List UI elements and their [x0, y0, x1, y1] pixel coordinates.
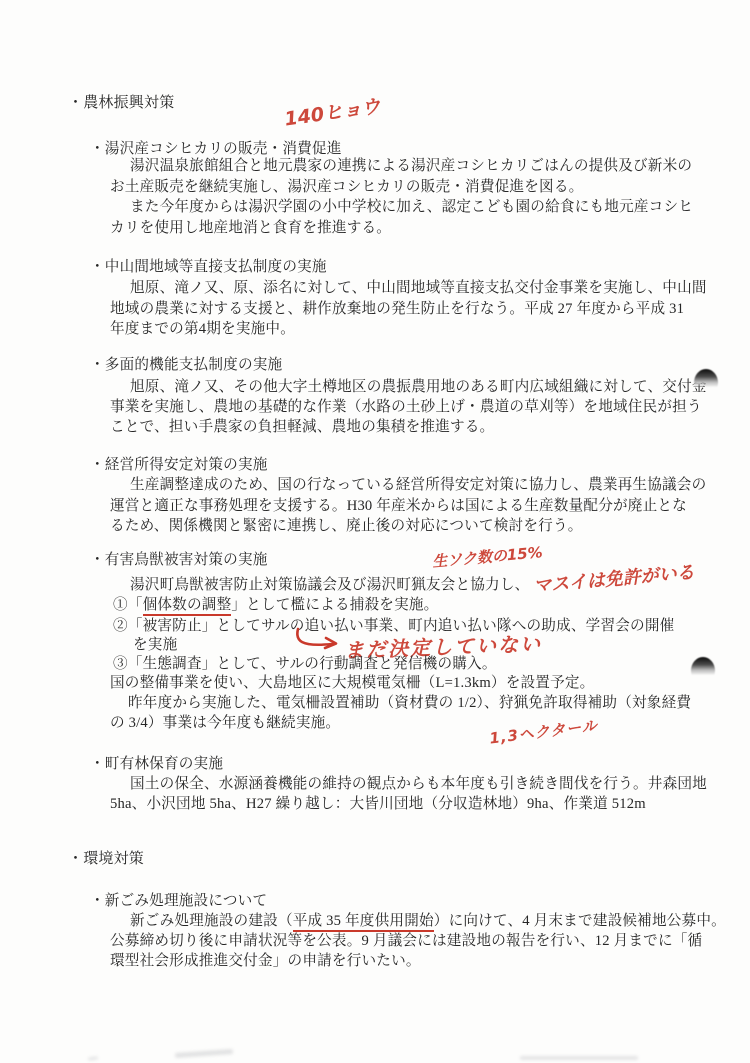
handwritten-note-1-3-hectare: 1,3ヘクタール: [488, 714, 599, 748]
body-line: 地域の農業に対する支援と、耕作放棄地の発生防止を行なう。平成 27 年度から平成…: [110, 301, 684, 317]
body-line: 湯沢町鳥獣被害防止対策協議会及び湯沢町猟友会と協力し、: [130, 577, 529, 593]
body-line: 5ha、小沢団地 5ha、H27 繰り越し：大皆川団地（分収造林地）9ha、作業…: [110, 796, 646, 812]
list-item-1-post: 」として檻による捕殺を実施。: [231, 597, 438, 613]
handwritten-note-140hyou: 140ヒョウ: [283, 91, 382, 131]
body-line: るため、関係機関と緊密に連携し、廃止後の対応について検討を行う。: [110, 518, 583, 534]
body-line: 事業を実施し、農地の基礎的な作業（水路の土砂上げ・農道の草刈等）を地域住民が担う: [110, 399, 702, 415]
scan-artifact-smudge: [520, 1056, 638, 1060]
section-heading-environment: ・環境対策: [68, 851, 144, 867]
handwritten-arrow-icon: [292, 628, 344, 654]
list-item-1-pre: ①「: [113, 597, 143, 613]
subsection-title-chusankan: ・中山間地域等直接支払制度の実施: [90, 259, 327, 275]
body-line: お土産販売を継続実施し、湯沢産コシヒカリの販売・消費促進を図る。: [110, 179, 583, 195]
scan-artifact-smudge: [88, 1056, 98, 1060]
scanned-document-page: ・農林振興対策 140ヒョウ ・湯沢産コシヒカリの販売・消費促進 湯沢温泉旅館組…: [0, 0, 750, 1063]
body-line: 国土の保全、水源涵養機能の維持の観点からも本年度も引き続き間伐を行う。井森団地: [130, 776, 707, 792]
subsection-title-chojuu: ・有害鳥獣被害対策の実施: [90, 552, 268, 568]
scan-artifact-smudge: [175, 1049, 233, 1058]
body-line: 国の整備事業を使い、大島地区に大規模電気柵（L=1.3km）を設置予定。: [110, 675, 594, 691]
body-line: 昨年度から実施した、電気柵設置補助（資材費の 1/2）、狩猟免許取得補助（対象経…: [128, 695, 691, 711]
red-underlined-phrase-kotaisu: 個体数の調整: [143, 597, 232, 616]
subsection-title-koshihikari: ・湯沢産コシヒカリの販売・消費促進: [90, 141, 342, 157]
gomi-line1-post: ）に向けて、4 月末まで建設候補地公募中。: [434, 913, 726, 929]
body-line: また今年度からは湯沢学園の小中学校に加え、認定こども園の給食にも地元産コシヒ: [130, 199, 693, 215]
body-line: 公募締め切り後に申請状況等を公表。9 月議会には建設地の報告を行い、12 月まで…: [110, 933, 702, 949]
section-heading-agriculture: ・農林振興対策: [68, 95, 174, 111]
scan-artifact-arc-bottom: [691, 657, 715, 684]
body-line: 運営と適正な事務処理を支援する。H30 年産米からは国による生産数量配分が廃止と…: [110, 498, 687, 514]
subsection-title-chouyuurin: ・町有林保育の実施: [90, 756, 223, 772]
list-item-2: ②「被害防止」としてサルの追い払い事業、町内追い払い隊への助成、学習会の開催: [113, 618, 674, 634]
body-line: 生産調整達成のため、国の行なっている経営所得安定対策に協力し、農業再生協議会の: [130, 477, 706, 493]
body-line: 環型社会形成推進交付金」の申請を行いたい。: [110, 953, 421, 969]
list-item-1: ①「個体数の調整」として檻による捕殺を実施。: [113, 597, 438, 613]
subsection-title-gomi: ・新ごみ処理施設について: [90, 893, 267, 909]
list-item-2-continued: を実施: [133, 637, 177, 653]
body-line: の 3/4）事業は今年度も継続実施。: [110, 715, 340, 731]
subsection-title-tamenteki: ・多面的機能支払制度の実施: [90, 357, 282, 373]
gomi-line1-pre: 新ごみ処理施設の建設（: [130, 913, 293, 929]
red-underlined-phrase-heisei35: 平成 35 年度供用開始: [293, 913, 434, 932]
scan-artifact-arc-top: [694, 369, 718, 396]
subsection-title-keiei: ・経営所得安定対策の実施: [90, 457, 268, 473]
handwritten-note-masui-license: マスイは免許がいる: [532, 558, 695, 598]
body-line: 新ごみ処理施設の建設（平成 35 年度供用開始）に向けて、4 月末まで建設候補地…: [130, 913, 726, 929]
body-line: 湯沢温泉旅館組合と地元農家の連携による湯沢産コシヒカリごはんの提供及び新米の: [130, 158, 692, 174]
body-line: 旭原、滝ノ又、その他大字土樽地区の農振農用地のある町内広域組織に対して、交付金: [130, 379, 707, 395]
body-line: 旭原、滝ノ又、原、添名に対して、中山間地域等直接支払交付金事業を実施し、中山間: [130, 280, 707, 296]
body-line: ことで、担い手農家の負担軽減、農地の集積を推進する。: [110, 419, 494, 435]
list-item-3: ③「生態調査」として、サルの行動調査と発信機の購入。: [113, 656, 497, 672]
handwritten-note-seisoku-15pct: 生ソク数の15%: [431, 541, 543, 572]
body-line: カリを使用し地産地消と食育を推進する。: [110, 220, 391, 236]
body-line: 年度までの第4期を実施中。: [110, 321, 295, 337]
